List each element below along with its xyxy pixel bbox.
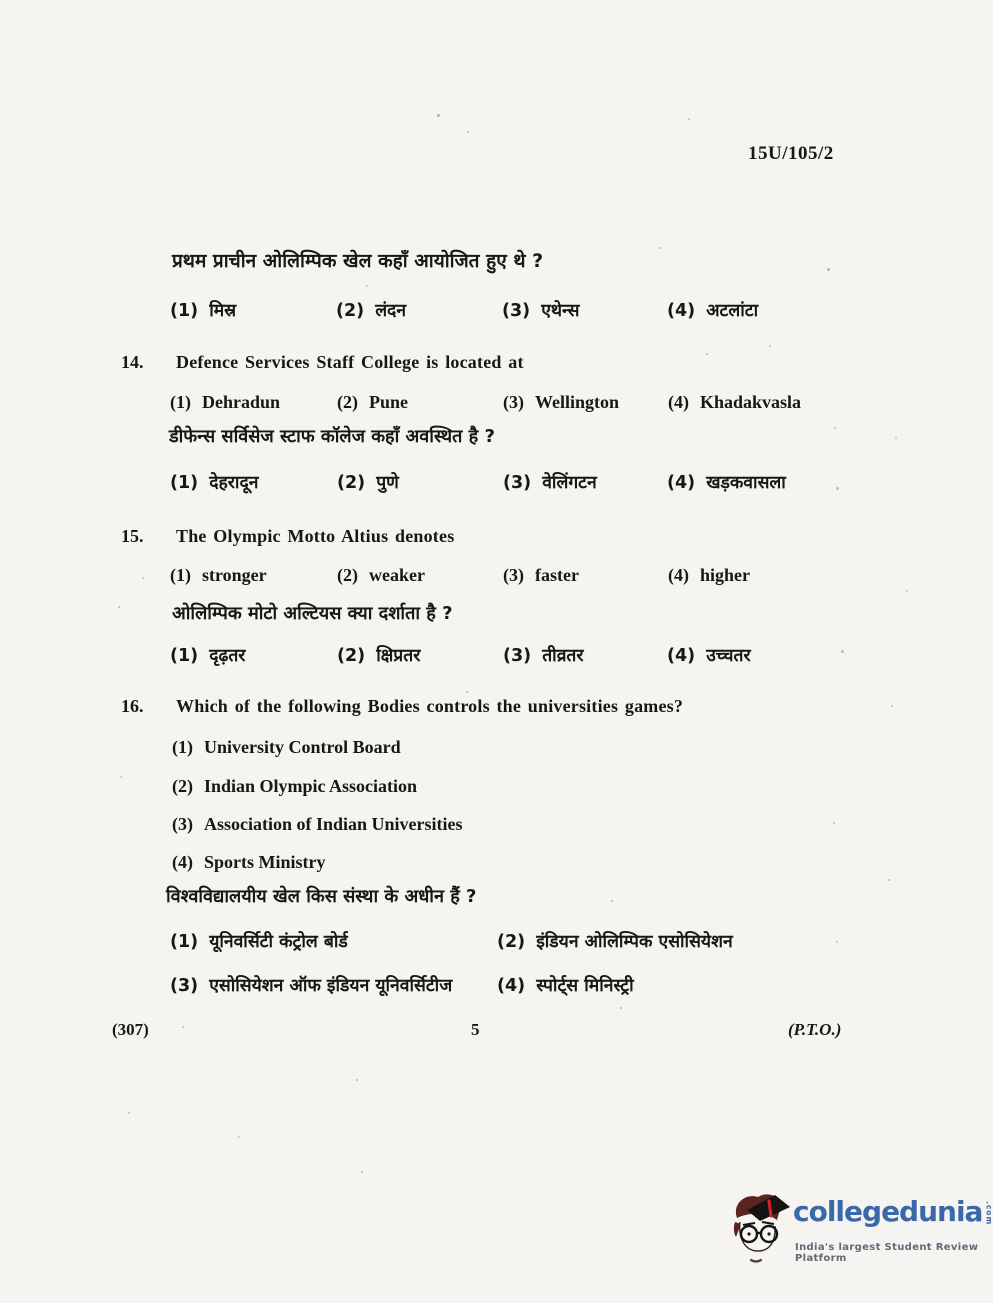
question-16-english-option-1: (1)University Control Board	[172, 737, 401, 758]
option-number: (4)	[497, 976, 525, 996]
question-16-english-text: Which of the following Bodies controls t…	[176, 696, 683, 717]
question-14-english-text: Defence Services Staff College is locate…	[176, 352, 524, 373]
collegedunia-tld-text: .com	[984, 1201, 993, 1225]
question-14-hindi-option-1: (1)देहरादून	[170, 470, 258, 494]
question-15-hindi-option-3: (3)तीव्रतर	[503, 643, 584, 667]
scan-speck	[366, 285, 368, 287]
option-label: Indian Olympic Association	[204, 776, 417, 796]
option-label: यूनिवर्सिटी कंट्रोल बोर्ड	[209, 932, 348, 952]
option-label: अटलांटा	[706, 301, 758, 321]
option-label: एसोसियेशन ऑफ इंडियन यूनिवर्सिटीज	[209, 976, 452, 996]
option-number: (4)	[668, 392, 689, 413]
scan-speck	[118, 606, 120, 608]
option-label: लंदन	[375, 301, 406, 321]
question-15-hindi-option-4: (4)उच्चतर	[667, 643, 751, 667]
option-number: (2)	[337, 392, 358, 413]
option-number: (3)	[503, 646, 531, 666]
scan-speck	[891, 705, 893, 707]
option-number: (1)	[172, 737, 193, 758]
question-14-number: 14.	[121, 352, 144, 373]
option-number: (4)	[172, 852, 193, 873]
option-number: (1)	[170, 646, 198, 666]
option-label: faster	[535, 565, 579, 585]
option-number: (4)	[668, 565, 689, 586]
option-number: (2)	[336, 301, 364, 321]
question-16-hindi-option-4: (4)स्पोर्ट्स मिनिस्ट्री	[497, 973, 634, 997]
scan-speck	[841, 650, 844, 653]
collegedunia-brand-text: collegedunia	[793, 1198, 982, 1226]
scan-speck	[836, 487, 839, 490]
scan-speck	[906, 590, 908, 592]
option-number: (1)	[170, 301, 198, 321]
option-label: उच्चतर	[706, 646, 750, 666]
scan-speck	[128, 1112, 130, 1114]
question-14-hindi-text: डीफेन्स सर्विसेज स्टाफ कॉलेज कहाँ अवस्थि…	[169, 424, 495, 448]
question-14-hindi-option-3: (3)वेलिंगटन	[503, 470, 597, 494]
option-number: (2)	[172, 776, 193, 797]
option-label: पुणे	[376, 473, 399, 493]
option-number: (4)	[667, 646, 695, 666]
question-16-english-option-4: (4)Sports Ministry	[172, 852, 326, 873]
option-label: क्षिप्रतर	[376, 646, 420, 666]
footer-page-number: 5	[471, 1020, 480, 1040]
option-number: (1)	[170, 392, 191, 413]
option-number: (3)	[170, 976, 198, 996]
question-14-english-option-2: (2)Pune	[337, 392, 408, 413]
option-number: (2)	[337, 646, 365, 666]
question-15-hindi-text: ओलिम्पिक मोटो अल्टियस क्या दर्शाता है ?	[172, 601, 453, 625]
question-13-hindi-option-4: (4)अटलांटा	[667, 298, 758, 322]
scan-speck	[833, 822, 835, 824]
question-14-hindi-option-2: (2)पुणे	[337, 470, 399, 494]
collegedunia-watermark: collegedunia .com India's largest Studen…	[731, 1188, 987, 1272]
option-label: Wellington	[535, 392, 619, 412]
option-number: (4)	[667, 473, 695, 493]
question-16-hindi-option-2: (2)इंडियन ओलिम्पिक एसोसियेशन	[497, 929, 733, 953]
question-13-hindi-option-3: (3)एथेन्स	[502, 298, 580, 322]
question-16-number: 16.	[121, 696, 144, 717]
option-label: स्पोर्ट्स मिनिस्ट्री	[536, 976, 633, 996]
question-15-english-text: The Olympic Motto Altius denotes	[176, 526, 454, 547]
question-15-english-option-2: (2)weaker	[337, 565, 425, 586]
option-number: (3)	[503, 565, 524, 586]
question-13-hindi-option-1: (1)मिस्र	[170, 298, 236, 322]
collegedunia-mascot-icon	[731, 1188, 791, 1275]
option-label: वेलिंगटन	[542, 473, 597, 493]
question-14-english-option-4: (4)Khadakvasla	[668, 392, 801, 413]
scan-speck	[437, 114, 440, 117]
option-label: weaker	[369, 565, 425, 585]
scan-speck	[659, 247, 661, 249]
option-label: Dehradun	[202, 392, 280, 412]
scan-speck	[142, 577, 144, 579]
option-number: (3)	[503, 473, 531, 493]
option-number: (4)	[667, 301, 695, 321]
option-label: Pune	[369, 392, 408, 412]
scan-speck	[827, 268, 830, 271]
question-16-hindi-text: विश्वविद्यालयीय खेल किस संस्था के अधीन ह…	[166, 884, 476, 908]
question-15-hindi-option-2: (2)क्षिप्रतर	[337, 643, 420, 667]
question-13-hindi-text: प्रथम प्राचीन ओलिम्पिक खेल कहाँ आयोजित ह…	[172, 247, 543, 273]
collegedunia-tagline: India's largest Student Review Platform	[795, 1242, 987, 1264]
question-16-english-option-2: (2)Indian Olympic Association	[172, 776, 417, 797]
option-label: higher	[700, 565, 750, 585]
question-14-hindi-option-4: (4)खड़कवासला	[667, 470, 786, 494]
footer-booklet-code: (307)	[112, 1020, 149, 1040]
option-label: खड़कवासला	[706, 473, 786, 493]
option-label: इंडियन ओलिम्पिक एसोसियेशन	[536, 932, 733, 952]
option-label: देहरादून	[209, 473, 258, 493]
scan-speck	[706, 353, 708, 355]
option-number: (1)	[170, 565, 191, 586]
option-label: मिस्र	[209, 301, 236, 321]
scanned-exam-page: 15U/105/2 प्रथम प्राचीन ओलिम्पिक खेल कहा…	[0, 0, 993, 1303]
scan-speck	[182, 1026, 184, 1028]
option-label: University Control Board	[204, 737, 401, 757]
paper-code: 15U/105/2	[748, 143, 834, 165]
scan-speck	[620, 1007, 622, 1009]
scan-speck	[834, 427, 836, 429]
question-15-hindi-option-1: (1)दृढ़तर	[170, 643, 245, 667]
question-15-english-option-1: (1)stronger	[170, 565, 267, 586]
scan-speck	[120, 776, 122, 778]
option-number: (2)	[337, 565, 358, 586]
option-number: (2)	[497, 932, 525, 952]
question-13-hindi-option-2: (2)लंदन	[336, 298, 406, 322]
scan-speck	[467, 131, 469, 133]
option-number: (3)	[503, 392, 524, 413]
option-label: तीव्रतर	[542, 646, 583, 666]
question-16-english-option-3: (3)Association of Indian Universities	[172, 814, 463, 835]
scan-speck	[361, 1171, 363, 1173]
scan-speck	[356, 1079, 358, 1081]
option-label: दृढ़तर	[209, 646, 245, 666]
option-number: (2)	[337, 473, 365, 493]
question-16-hindi-option-3: (3)एसोसियेशन ऑफ इंडियन यूनिवर्सिटीज	[170, 973, 452, 997]
scan-speck	[611, 900, 613, 902]
option-label: Association of Indian Universities	[204, 814, 463, 834]
option-number: (3)	[502, 301, 530, 321]
scan-speck	[769, 345, 771, 347]
option-label: Sports Ministry	[204, 852, 326, 872]
option-number: (1)	[170, 932, 198, 952]
scan-speck	[895, 437, 897, 439]
question-15-english-option-4: (4)higher	[668, 565, 750, 586]
option-label: Khadakvasla	[700, 392, 801, 412]
scan-speck	[836, 941, 838, 943]
footer-pto: (P.T.O.)	[788, 1020, 841, 1040]
option-label: एथेन्स	[541, 301, 579, 321]
scan-speck	[888, 879, 890, 881]
option-label: stronger	[202, 565, 267, 585]
scan-speck	[466, 691, 468, 693]
question-15-english-option-3: (3)faster	[503, 565, 579, 586]
question-14-english-option-3: (3)Wellington	[503, 392, 619, 413]
option-number: (3)	[172, 814, 193, 835]
scan-speck	[688, 118, 690, 120]
question-14-english-option-1: (1)Dehradun	[170, 392, 280, 413]
option-number: (1)	[170, 473, 198, 493]
question-15-number: 15.	[121, 526, 144, 547]
scan-speck	[238, 1136, 240, 1138]
question-16-hindi-option-1: (1)यूनिवर्सिटी कंट्रोल बोर्ड	[170, 929, 348, 953]
